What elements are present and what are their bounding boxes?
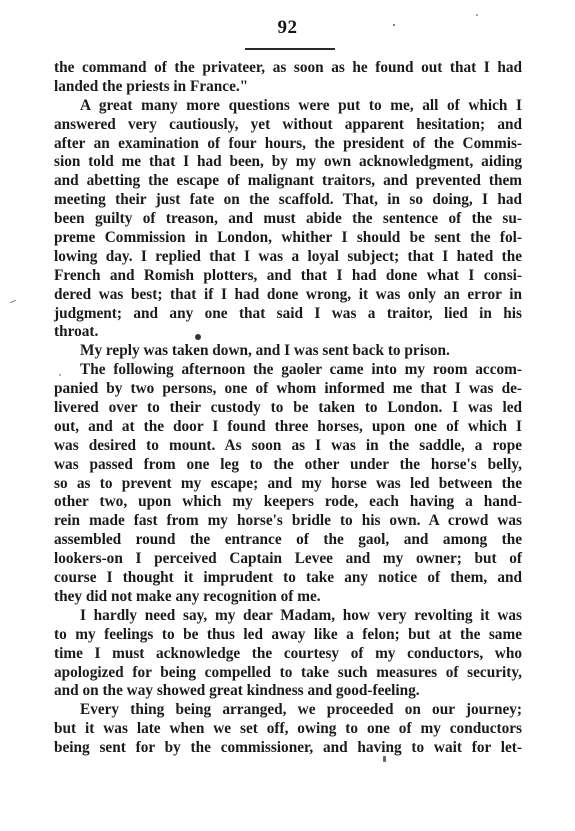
paragraph: the command of the privateer, as soon as…	[54, 59, 522, 97]
paragraph: I hardly need say, my dear Madam, how ve…	[54, 607, 522, 701]
text-line: answered very cautiously, yet without ap…	[54, 116, 522, 135]
text-line: been guilty of treason, and must abide t…	[54, 210, 522, 229]
text-line: being sent for by the commissioner, and …	[54, 739, 522, 758]
ink-speck	[59, 374, 61, 376]
text-line: landed the priests in France."	[54, 78, 522, 97]
text-line: lowing day. I replied that I was a loyal…	[54, 248, 522, 267]
text-line: time I must acknowledge the courtesy of …	[54, 645, 522, 664]
text-line: and on the way showed great kindness and…	[54, 682, 522, 701]
body-text: the command of the privateer, as soon as…	[54, 59, 522, 758]
text-line: judgment; and any one that said I was a …	[54, 305, 522, 324]
book-page: 92 the command of the privateer, as soon…	[0, 0, 575, 831]
text-line: course I thought it imprudent to take an…	[54, 569, 522, 588]
text-line: preme Commission in London, whither I sh…	[54, 229, 522, 248]
header-rule	[245, 48, 335, 50]
page-number: 92	[0, 17, 575, 39]
text-line: they did not make any recognition of me.	[54, 588, 522, 607]
text-line: I hardly need say, my dear Madam, how ve…	[54, 607, 522, 626]
text-line: was desired to mount. As soon as I was i…	[54, 437, 522, 456]
text-line: A great many more questions were put to …	[54, 97, 522, 116]
paragraph: My reply was taken down, and I was sent …	[54, 342, 522, 361]
text-line: out, and at the door I found three horse…	[54, 418, 522, 437]
text-line: Every thing being arranged, we proceeded…	[54, 701, 522, 720]
text-line: after an examination of four hours, the …	[54, 135, 522, 154]
text-line: livered over to their custody to be take…	[54, 399, 522, 418]
text-line: but it was late when we set off, owing t…	[54, 720, 522, 739]
text-line: to my feelings to be thus led away like …	[54, 626, 522, 645]
ink-speck	[393, 24, 395, 26]
text-line: dered was best; that if I had done wrong…	[54, 286, 522, 305]
text-line: other two, upon which my keepers rode, e…	[54, 493, 522, 512]
margin-mark	[10, 300, 16, 303]
text-line: the command of the privateer, as soon as…	[54, 59, 522, 78]
text-line: French and Romish plotters, and that I h…	[54, 267, 522, 286]
text-line: so as to prevent my escape; and my horse…	[54, 475, 522, 494]
ink-blot	[195, 334, 201, 340]
text-line: sion told me that I had been, by my own …	[54, 153, 522, 172]
ink-speck	[383, 756, 386, 762]
paragraph: A great many more questions were put to …	[54, 97, 522, 343]
text-line: The following afternoon the gaoler came …	[54, 361, 522, 380]
ink-speck	[476, 14, 478, 16]
text-line: and abetting the escape of malignant tra…	[54, 172, 522, 191]
text-line: rein made fast from my horse's bridle to…	[54, 512, 522, 531]
text-line: meeting their just fate on the scaffold.…	[54, 191, 522, 210]
text-line: assembled round the entrance of the gaol…	[54, 531, 522, 550]
text-line: My reply was taken down, and I was sent …	[54, 342, 522, 361]
paragraph: Every thing being arranged, we proceeded…	[54, 701, 522, 758]
text-line: was passed from one leg to the other und…	[54, 456, 522, 475]
text-line: panied by two persons, one of whom infor…	[54, 380, 522, 399]
text-line: lookers-on I perceived Captain Levee and…	[54, 550, 522, 569]
text-line: apologized for being compelled to take s…	[54, 664, 522, 683]
text-line: throat.	[54, 323, 522, 342]
paragraph: The following afternoon the gaoler came …	[54, 361, 522, 607]
